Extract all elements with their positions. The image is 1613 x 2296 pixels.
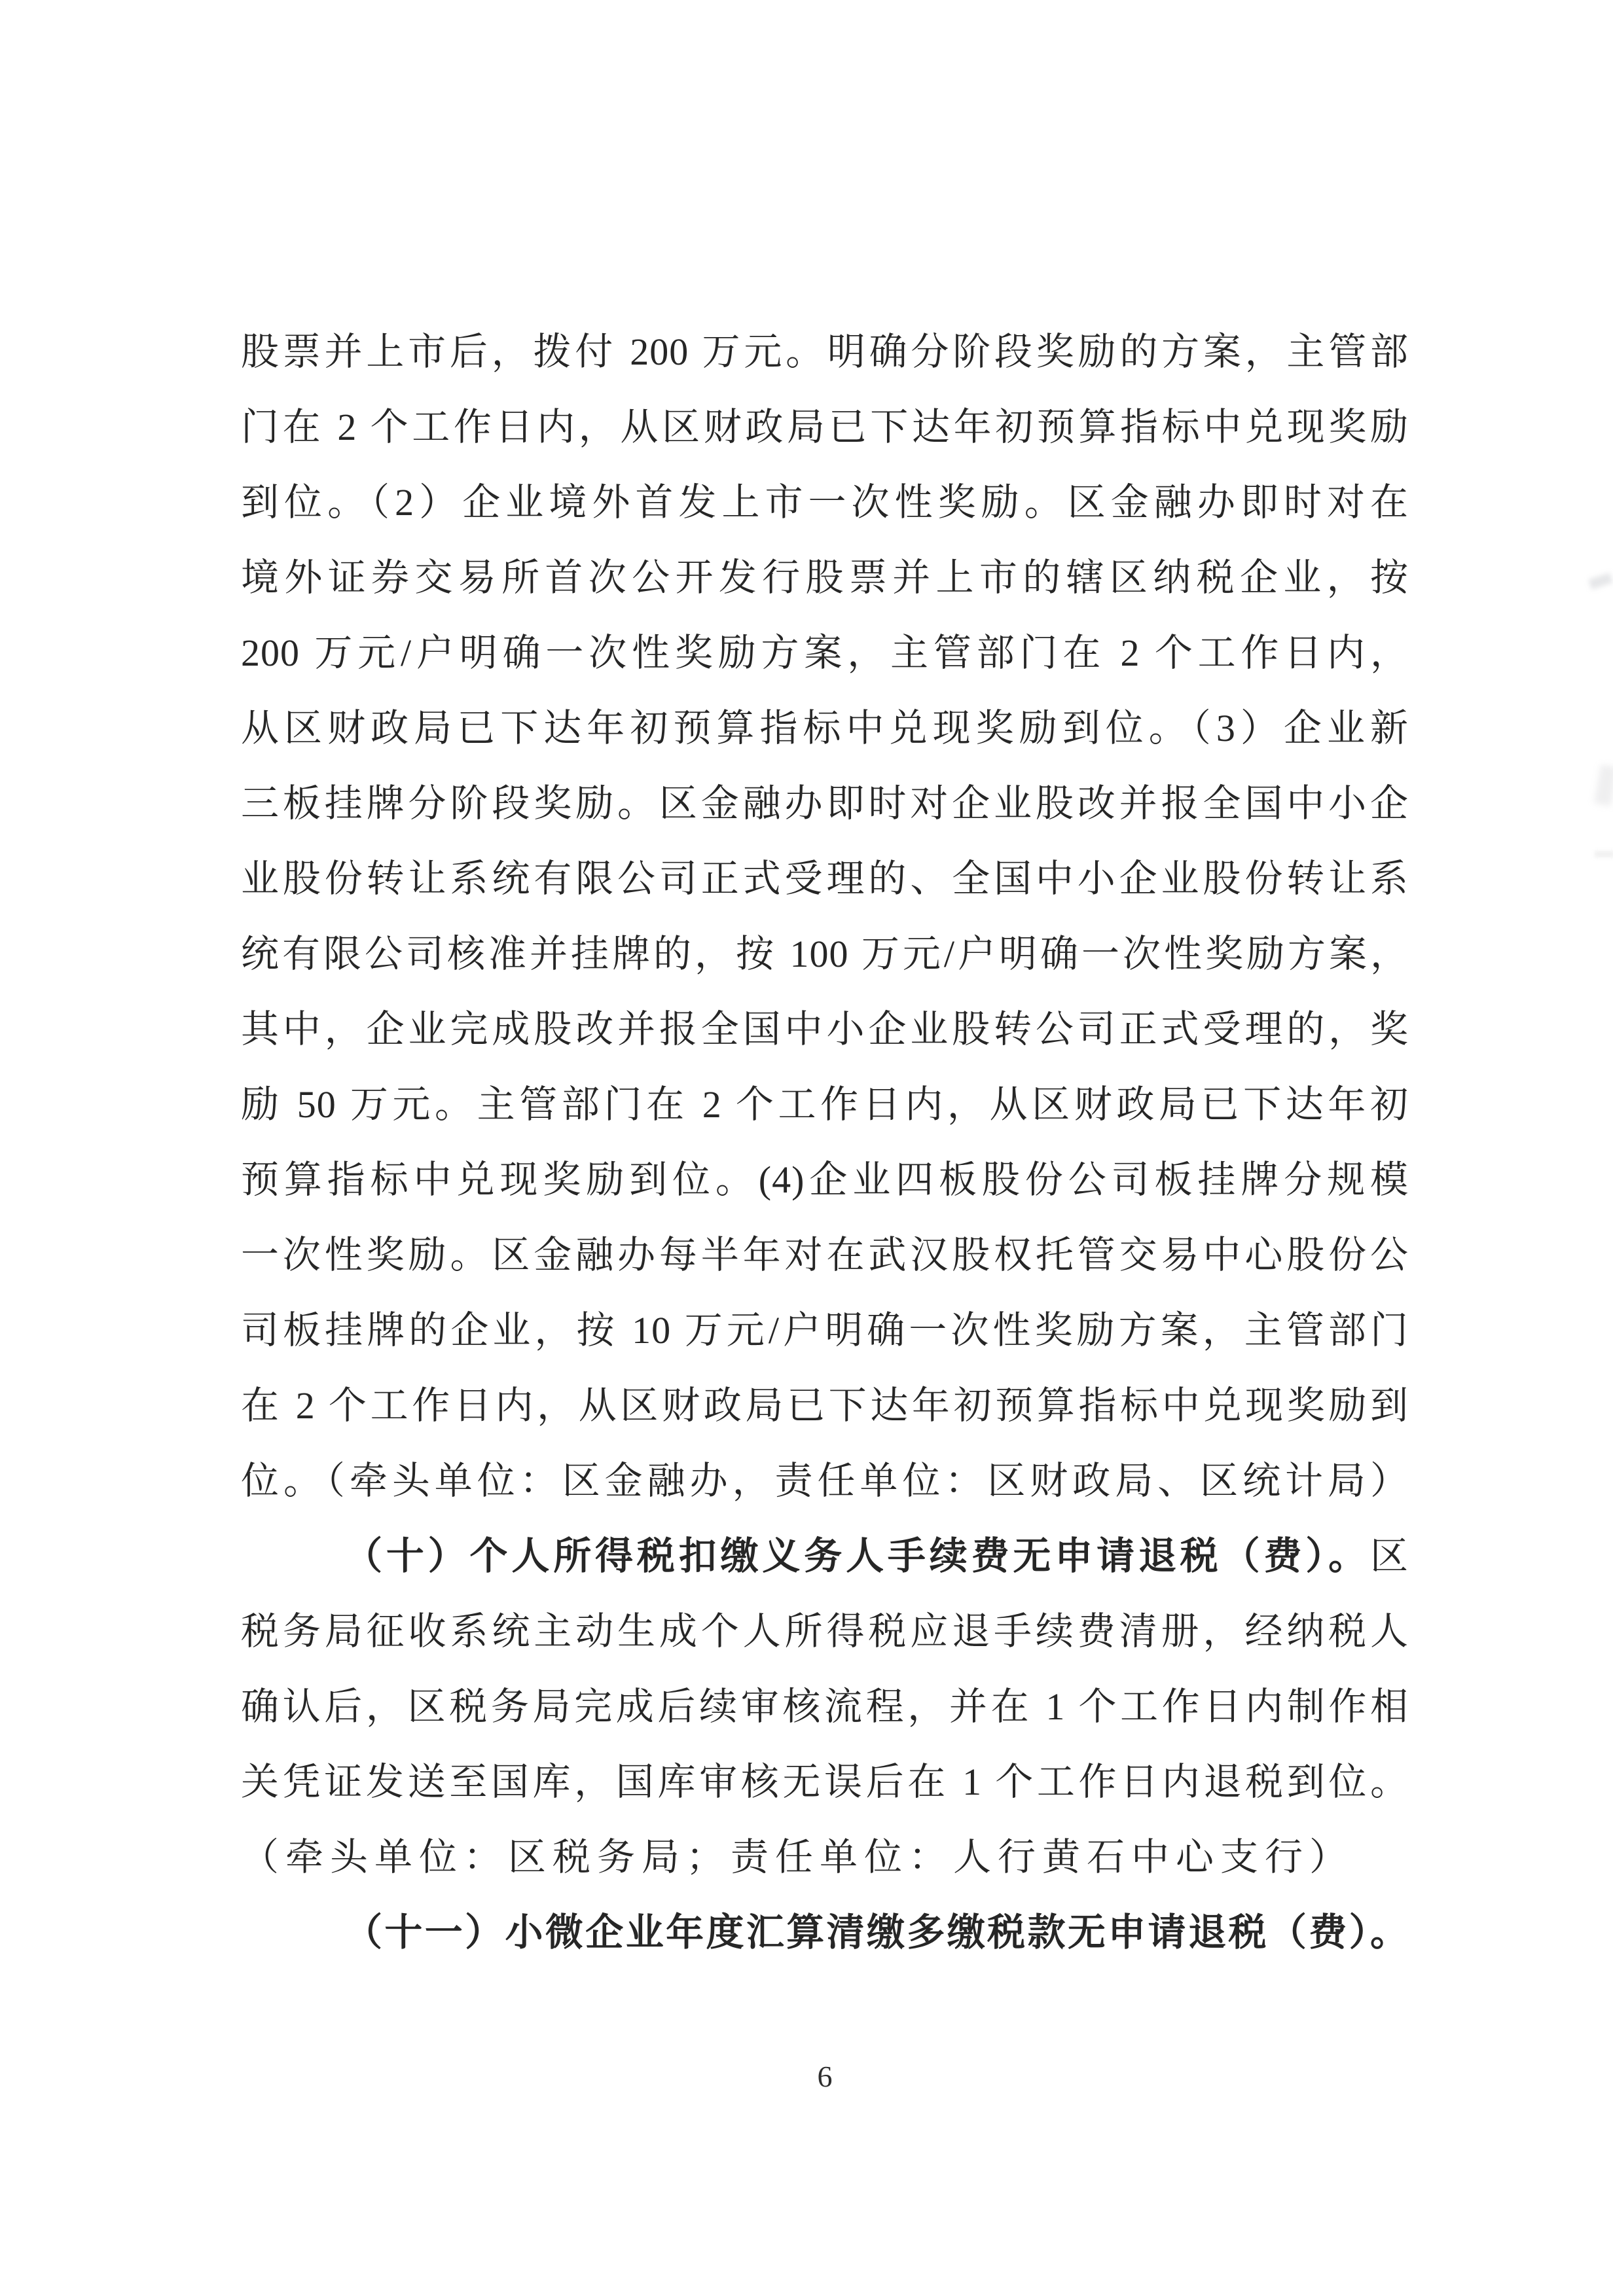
text-line: 一次性奖励。区金融办每半年对在武汉股权托管交易中心股份公 <box>241 1217 1409 1293</box>
document-page: 股票并上市后，拨付 200 万元。明确分阶段奖励的方案，主管部门在 2 个工作日… <box>0 0 1613 2296</box>
text-line: 三板挂牌分阶段奖励。区金融办即时对企业股改并报全国中小企 <box>241 766 1409 841</box>
text-segment: 税务局征收系统主动生成个人所得税应退手续费清册，经纳税人 <box>241 1610 1409 1653</box>
text-line: 励 50 万元。主管部门在 2 个工作日内，从区财政局已下达年初 <box>241 1067 1409 1142</box>
text-segment: 业股份转让系统有限公司正式受理的、全国中小企业股份转让系 <box>241 857 1409 900</box>
text-segment: 从区财政局已下达年初预算指标中兑现奖励到位。（3）企业新 <box>241 707 1409 749</box>
scan-artifact <box>1594 764 1613 806</box>
text-line: 统有限公司核准并挂牌的，按 100 万元/户明确一次性奖励方案， <box>241 916 1409 992</box>
text-segment: 到位。（2）企业境外首发上市一次性奖励。区金融办即时对在 <box>241 481 1409 524</box>
text-line: （牵头单位：区税务局；责任单位：人行黄石中心支行） <box>241 1820 1409 1895</box>
document-body-text: 股票并上市后，拨付 200 万元。明确分阶段奖励的方案，主管部门在 2 个工作日… <box>241 314 1409 1970</box>
text-segment: 境外证券交易所首次公开发行股票并上市的辖区纳税企业，按 <box>241 556 1409 599</box>
text-segment: 在 2 个工作日内，从区财政局已下达年初预算指标中兑现奖励到 <box>241 1384 1409 1427</box>
text-segment: 股票并上市后，拨付 200 万元。明确分阶段奖励的方案，主管部 <box>241 331 1409 373</box>
text-line: 司板挂牌的企业，按 10 万元/户明确一次性奖励方案，主管部门 <box>241 1293 1409 1368</box>
text-segment: 确认后，区税务局完成后续审核流程，并在 1 个工作日内制作相 <box>241 1685 1409 1728</box>
heading-segment: （十）个人所得税扣缴义务人手续费无申请退税（费）。 <box>344 1535 1370 1577</box>
text-line: 到位。（2）企业境外首发上市一次性奖励。区金融办即时对在 <box>241 465 1409 540</box>
text-segment: 门在 2 个工作日内，从区财政局已下达年初预算指标中兑现奖励 <box>241 406 1409 448</box>
text-segment: 三板挂牌分阶段奖励。区金融办即时对企业股改并报全国中小企 <box>241 782 1409 825</box>
text-segment: 区 <box>1370 1535 1409 1577</box>
text-line: （十一）小微企业年度汇算清缴多缴税款无申请退税（费）。 <box>241 1895 1409 1970</box>
text-line: 门在 2 个工作日内，从区财政局已下达年初预算指标中兑现奖励 <box>241 389 1409 465</box>
text-line: 在 2 个工作日内，从区财政局已下达年初预算指标中兑现奖励到 <box>241 1368 1409 1443</box>
text-segment: 关凭证发送至国库，国库审核无误后在 1 个工作日内退税到位。 <box>241 1761 1409 1803</box>
text-line: 其中，企业完成股改并报全国中小企业股转公司正式受理的，奖 <box>241 992 1409 1067</box>
text-segment: 位。（牵头单位：区金融办，责任单位：区财政局、区统计局） <box>241 1460 1409 1502</box>
text-segment: 励 50 万元。主管部门在 2 个工作日内，从区财政局已下达年初 <box>241 1083 1409 1126</box>
text-line: 税务局征收系统主动生成个人所得税应退手续费清册，经纳税人 <box>241 1594 1409 1669</box>
text-line: 位。（牵头单位：区金融办，责任单位：区财政局、区统计局） <box>241 1443 1409 1518</box>
text-line: 关凭证发送至国库，国库审核无误后在 1 个工作日内退税到位。 <box>241 1744 1409 1820</box>
text-segment: （牵头单位：区税务局；责任单位：人行黄石中心支行） <box>241 1836 1354 1878</box>
text-segment: 统有限公司核准并挂牌的，按 100 万元/户明确一次性奖励方案， <box>241 933 1409 975</box>
text-line: 预算指标中兑现奖励到位。(4)企业四板股份公司板挂牌分规模 <box>241 1142 1409 1217</box>
scan-artifact <box>1595 851 1613 857</box>
text-line: 从区财政局已下达年初预算指标中兑现奖励到位。（3）企业新 <box>241 691 1409 766</box>
text-segment: 200 万元/户明确一次性奖励方案，主管部门在 2 个工作日内， <box>241 632 1409 674</box>
text-line: 200 万元/户明确一次性奖励方案，主管部门在 2 个工作日内， <box>241 615 1409 691</box>
text-line: 境外证券交易所首次公开发行股票并上市的辖区纳税企业，按 <box>241 540 1409 615</box>
text-line: 确认后，区税务局完成后续审核流程，并在 1 个工作日内制作相 <box>241 1669 1409 1744</box>
text-segment: 司板挂牌的企业，按 10 万元/户明确一次性奖励方案，主管部门 <box>241 1309 1409 1352</box>
text-segment: 一次性奖励。区金融办每半年对在武汉股权托管交易中心股份公 <box>241 1234 1409 1276</box>
heading-segment: （十一）小微企业年度汇算清缴多缴税款无申请退税（费）。 <box>344 1911 1409 1954</box>
text-segment: 预算指标中兑现奖励到位。(4)企业四板股份公司板挂牌分规模 <box>241 1158 1409 1201</box>
text-line: 股票并上市后，拨付 200 万元。明确分阶段奖励的方案，主管部 <box>241 314 1409 389</box>
text-segment: 其中，企业完成股改并报全国中小企业股转公司正式受理的，奖 <box>241 1008 1409 1050</box>
text-line: （十）个人所得税扣缴义务人手续费无申请退税（费）。区 <box>241 1518 1409 1594</box>
scan-artifact <box>1588 573 1612 590</box>
text-line: 业股份转让系统有限公司正式受理的、全国中小企业股份转让系 <box>241 841 1409 916</box>
page-number: 6 <box>241 2054 1409 2100</box>
